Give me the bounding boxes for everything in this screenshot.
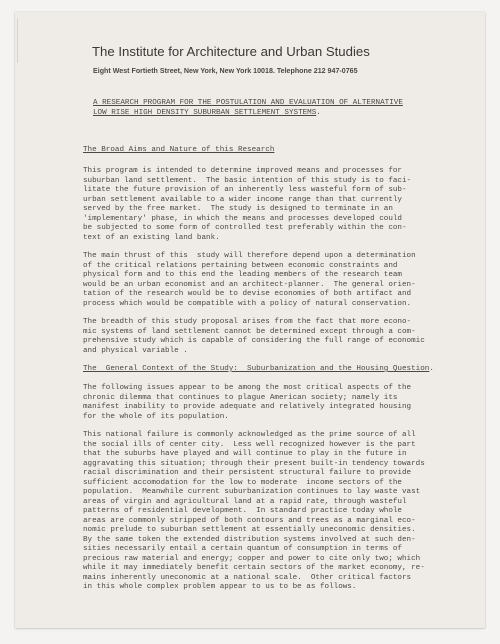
paragraph-line: process which would be compatible with a… xyxy=(83,300,411,309)
paragraph-line: and physical variable . xyxy=(83,347,188,356)
paragraph-line: The breadth of this study proposal arise… xyxy=(83,318,411,327)
paragraph-line: be subjected to some form of controlled … xyxy=(83,224,407,233)
paragraph-line: the social ills of center city. Less wel… xyxy=(83,441,416,450)
paragraph-line: precious raw material and energy; copper… xyxy=(83,555,420,564)
paragraph-line: sufficient accomodation for the low to m… xyxy=(83,479,402,488)
paper-crease xyxy=(17,18,18,63)
paragraph-line: patterns of residential development. In … xyxy=(83,507,402,516)
paragraph-line: mains inherently uneconomic at a nationa… xyxy=(83,574,411,583)
document-title-line: A RESEARCH PROGRAM FOR THE POSTULATION A… xyxy=(93,99,403,108)
paragraph-line: litate the future provision of an inhere… xyxy=(83,186,407,195)
paragraph-line: The following issues appear to be among … xyxy=(83,384,411,393)
paragraph-line: of the critical relations pertaining bet… xyxy=(83,262,397,271)
paragraph-line: would be an urban economist and an archi… xyxy=(83,281,416,290)
paragraph-line: racial discrimination and their persiste… xyxy=(83,469,411,478)
paragraph-line: prehensive study which is capable of con… xyxy=(83,337,425,346)
paragraph-line: By the same token the extended distribut… xyxy=(83,536,416,545)
letterhead-address: Eight West Fortieth Street, New York, Ne… xyxy=(93,67,358,75)
section-heading: The General Context of the Study: Suburb… xyxy=(83,365,434,374)
paragraph-line: urban settlement available to a wider in… xyxy=(83,196,402,205)
paragraph-line: mic systems of land settlement cannot be… xyxy=(83,328,416,337)
section-heading: The Broad Aims and Nature of this Resear… xyxy=(83,146,274,155)
paragraph-line: for the whole of its population. xyxy=(83,413,229,422)
paragraph-line: population. Meanwhile current suburbaniz… xyxy=(83,488,420,497)
paragraph-line: suburban land settlement. The basic inte… xyxy=(83,177,411,186)
paragraph-line: The main thrust of this study will there… xyxy=(83,252,416,261)
paragraph-line: text of an existing land bank. xyxy=(83,234,220,243)
document-title-line: LOW RISE HIGH DENSITY SUBURBAN SETTLEMEN… xyxy=(93,109,321,118)
paragraph-line: that the suburbs have played and will co… xyxy=(83,450,407,459)
document-title-period: . xyxy=(316,109,321,117)
paragraph-line: areas of virgin and agricultural land at… xyxy=(83,498,407,507)
letterhead-title: The Institute for Architecture and Urban… xyxy=(92,44,370,59)
paragraph-line: physical form and to this end the leadin… xyxy=(83,271,402,280)
paragraph-line: tation of the research would be to devis… xyxy=(83,290,411,299)
paragraph-line: chronic dilemma that continues to plague… xyxy=(83,394,397,403)
paragraph-line: aggravating this situation; through thei… xyxy=(83,460,425,469)
paragraph-line: while it may immediately benefit certain… xyxy=(83,564,425,573)
paragraph-line: in this whole complex problem appear to … xyxy=(83,583,356,592)
section-heading-text: The General Context of the Study: Suburb… xyxy=(83,365,429,373)
paragraph-line: sities necessarily entail a certain quan… xyxy=(83,545,402,554)
paragraph-line: 'implementary' phase, in which the means… xyxy=(83,215,402,224)
paragraph-line: areas are commonly stripped of both cont… xyxy=(83,517,416,526)
section-heading-period: . xyxy=(429,365,434,373)
paragraph-line: served by the free market. The study is … xyxy=(83,205,393,214)
paragraph-line: nomic prelude to suburban settlement at … xyxy=(83,526,416,535)
paragraph-line: manifest inability to provide adequate a… xyxy=(83,403,411,412)
document-title-text: LOW RISE HIGH DENSITY SUBURBAN SETTLEMEN… xyxy=(93,109,316,117)
paragraph-line: This program is intended to determine im… xyxy=(83,167,402,176)
paragraph-line: This national failure is commonly acknow… xyxy=(83,431,416,440)
